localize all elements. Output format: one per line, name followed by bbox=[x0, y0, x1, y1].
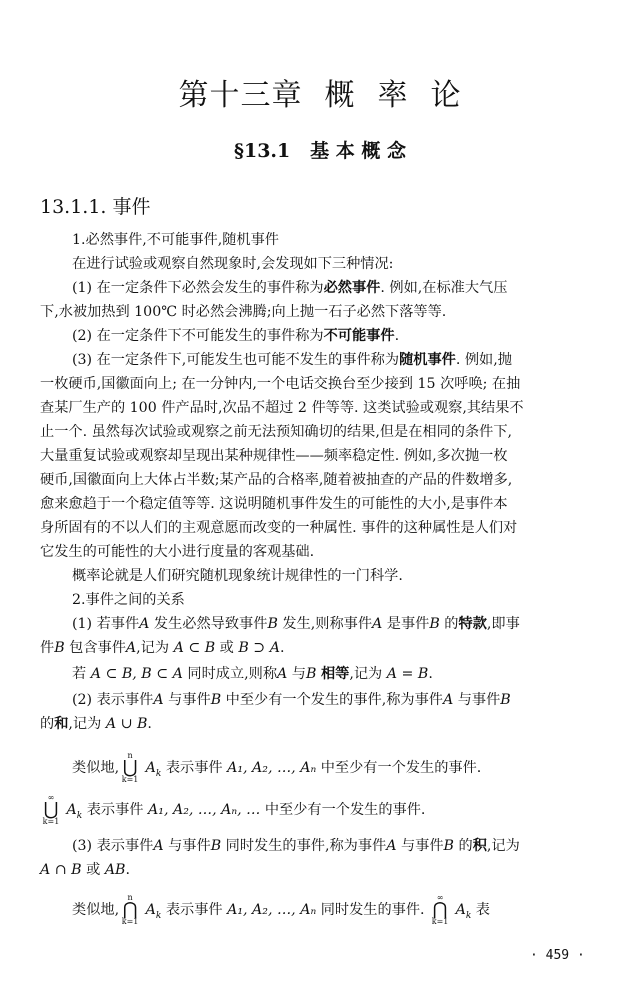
formula-line: 类似地,n⋃k=1 Ak 表示事件 A₁, A₂, …, Aₙ 中至少有一个发生… bbox=[72, 758, 481, 784]
text-line: (1) 若事件A 发生必然导致事件B 发生,则称事件A 是事件B 的特款,即事 bbox=[72, 614, 520, 634]
term-equal: 相等 bbox=[321, 666, 349, 682]
formula-line: 类似地,n⋂k=1 Ak 表示事件 A₁, A₂, …, Aₙ 同时发生的事件.… bbox=[72, 900, 490, 926]
term-sum: 和 bbox=[54, 716, 68, 732]
term-random-event: 随机事件 bbox=[399, 352, 456, 368]
chapter-title-char: 率 bbox=[378, 78, 409, 113]
text-line: 在进行试验或观察自然现象时,会发现如下三种情况: bbox=[72, 254, 393, 274]
text-line: 的和,记为 A ∪ B. bbox=[40, 714, 152, 734]
text-line: (2) 表示事件A 与事件B 中至少有一个发生的事件,称为事件A 与事件B bbox=[72, 690, 511, 710]
text-line: (2) 在一定条件下不可能发生的事件称为不可能事件. bbox=[72, 326, 399, 346]
chapter-title-char: 论 bbox=[431, 78, 462, 113]
text-line: 查某厂生产的 100 件产品时,次品不超过 2 件等等. 这类试验或观察,其结果… bbox=[40, 398, 524, 418]
union-operator: n⋃k=1 bbox=[119, 758, 141, 778]
intersection-operator: ∞⋂k=1 bbox=[429, 900, 451, 920]
text-line: 止一个. 虽然每次试验或观察之前无法预知确切的结果,但是在相同的条件下, bbox=[40, 422, 512, 442]
text-line: (3) 表示事件A 与事件B 同时发生的事件,称为事件A 与事件B 的积,记为 bbox=[72, 836, 520, 856]
text-line: 硬币,国徽面向上大体占半数;某产品的合格率,随着被抽查的产品的件数增多, bbox=[40, 470, 512, 490]
term-certain-event: 必然事件 bbox=[324, 280, 381, 296]
text-line: A ∩ B 或 AB. bbox=[40, 860, 130, 880]
text-line: (3) 在一定条件下,可能发生也可能不发生的事件称为随机事件. 例如,抛 bbox=[72, 350, 512, 370]
formula-line: ∞⋃k=1 Ak 表示事件 A₁, A₂, …, Aₙ, … 中至少有一个发生的… bbox=[40, 800, 425, 826]
subsection-heading: 13.1.1. 事件 bbox=[40, 192, 151, 219]
chapter-title: 第十三章概率论 bbox=[0, 70, 640, 114]
text-line: 身所固有的不以人们的主观意愿而改变的一种属性. 事件的这种属性是人们对 bbox=[40, 518, 517, 538]
intersection-operator: n⋂k=1 bbox=[119, 900, 141, 920]
text-line: 概率论就是人们研究随机现象统计规律性的一门科学. bbox=[72, 566, 403, 586]
text-line: 大量重复试验或观察却呈现出某种规律性——频率稳定性. 例如,多次抛一枚 bbox=[40, 446, 508, 466]
text-line: 愈来愈趋于一个稳定值等等. 这说明随机事件发生的可能性的大小,是事件本 bbox=[40, 494, 508, 514]
text-line: (1) 在一定条件下必然会发生的事件称为必然事件. 例如,在标准大气压 bbox=[72, 278, 507, 298]
section-heading: §13.1 基 本 概 念 bbox=[0, 136, 640, 163]
text-line: 下,水被加热到 100℃ 时必然会沸腾;向上抛一石子必然下落等等. bbox=[40, 302, 446, 322]
chapter-number: 第十三章 bbox=[179, 78, 303, 113]
text-line: 件B 包含事件A,记为 A ⊂ B 或 B ⊃ A. bbox=[40, 638, 284, 658]
section-title: 基 本 概 念 bbox=[310, 140, 406, 162]
text-line: 若 A ⊂ B, B ⊂ A 同时成立,则称A 与B 相等,记为 A = B. bbox=[72, 664, 433, 684]
paragraph-heading: 1.必然事件,不可能事件,随机事件 bbox=[72, 230, 279, 250]
chapter-title-char: 概 bbox=[325, 78, 356, 113]
section-number: §13.1 bbox=[234, 140, 290, 162]
term-impossible-event: 不可能事件 bbox=[324, 328, 395, 344]
term-product: 积 bbox=[473, 838, 487, 854]
page-number: · 459 · bbox=[530, 948, 585, 963]
text-line: 一枚硬币,国徽面向上; 在一分钟内,一个电话交换台至少接到 15 次呼唤; 在抽 bbox=[40, 374, 520, 394]
text-line: 它发生的可能性的大小进行度量的客观基础. bbox=[40, 542, 314, 562]
union-operator: ∞⋃k=1 bbox=[40, 800, 62, 820]
paragraph-heading: 2.事件之间的关系 bbox=[72, 590, 185, 610]
term-special-case: 特款 bbox=[459, 616, 487, 632]
